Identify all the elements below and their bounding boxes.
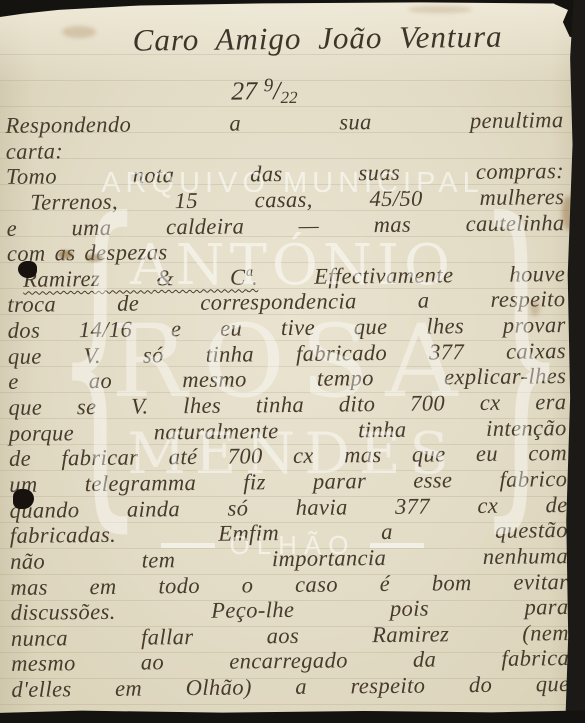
ramirez-rest: Effectivamente houve — [258, 261, 565, 289]
paper-stain — [408, 6, 472, 13]
date-year: 22 — [280, 88, 297, 107]
paper-stain — [62, 26, 96, 38]
ink-blot — [18, 261, 37, 278]
paper-stain — [86, 254, 103, 262]
paper-stain — [530, 300, 540, 316]
date-day: 27 — [231, 76, 257, 105]
date-month: 9 — [264, 75, 274, 96]
letter-body: Caro Amigo João Ventura 27 9/22 Responde… — [4, 11, 569, 703]
scanned-letter-page: Caro Amigo João Ventura 27 9/22 Responde… — [0, 0, 585, 723]
letter-date: 27 9/22 — [231, 65, 563, 110]
ramirez-underlined: Ramirez & Cª. — [23, 264, 258, 291]
letter-line: d'elles em Olhão) a respeito do que — [11, 671, 569, 702]
letter-lines: Respondendo a sua penultima carta: Tomo … — [5, 107, 569, 703]
paper-stain — [58, 250, 73, 259]
scan-edge-bottom — [0, 709, 585, 723]
letter-salutation: Caro Amigo João Ventura — [132, 11, 563, 69]
